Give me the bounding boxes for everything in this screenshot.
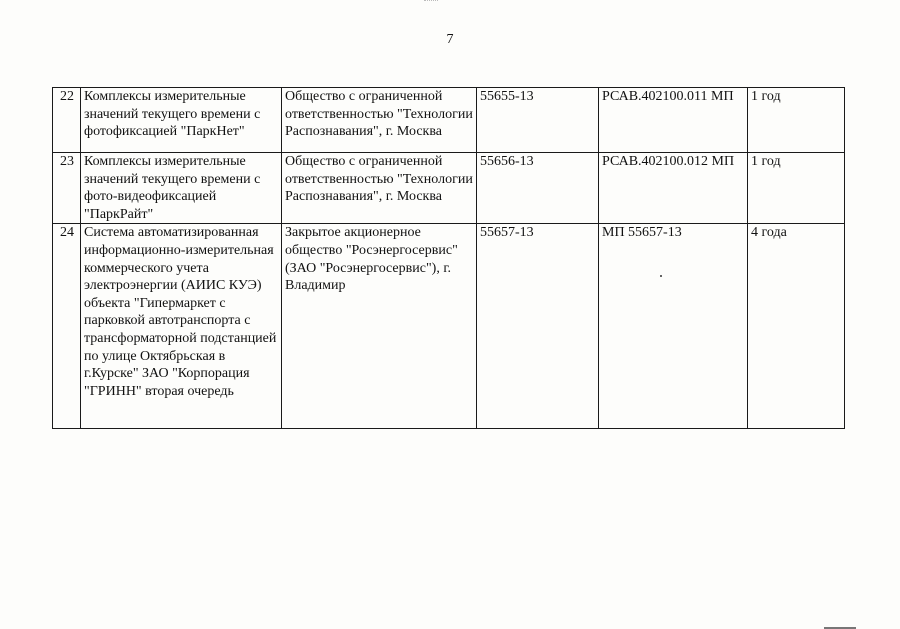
- instrument-name: Система автоматизированная информационно…: [81, 224, 282, 429]
- instrument-name: Комплексы измерительные значений текущег…: [81, 153, 282, 224]
- manufacturer: Закрытое акционерное общество "Росэнерго…: [282, 224, 477, 429]
- manufacturer: Общество с ограниченной ответственностью…: [282, 88, 477, 153]
- verification-method: МП 55657-13: [599, 224, 748, 429]
- verification-method: РСАВ.402100.012 МП: [599, 153, 748, 224]
- manufacturer: Общество с ограниченной ответственностью…: [282, 153, 477, 224]
- verification-interval: 1 год: [748, 153, 845, 224]
- registry-number: 55655-13: [477, 88, 599, 153]
- verification-interval: 1 год: [748, 88, 845, 153]
- registry-number: 55656-13: [477, 153, 599, 224]
- row-number: 23: [53, 153, 81, 224]
- instrument-name: Комплексы измерительные значений текущег…: [81, 88, 282, 153]
- scan-artifact: [424, 0, 438, 3]
- row-number: 24: [53, 224, 81, 429]
- table-row: 24 Система автоматизированная информацио…: [53, 224, 845, 429]
- verification-interval: 4 года: [748, 224, 845, 429]
- table-row: 22 Комплексы измерительные значений теку…: [53, 88, 845, 153]
- registry-table: 22 Комплексы измерительные значений теку…: [52, 87, 845, 429]
- table-row: 23 Комплексы измерительные значений теку…: [53, 153, 845, 224]
- scan-speck: [660, 275, 662, 277]
- row-number: 22: [53, 88, 81, 153]
- page-number: 7: [0, 32, 900, 48]
- registry-number: 55657-13: [477, 224, 599, 429]
- verification-method: РСАВ.402100.011 МП: [599, 88, 748, 153]
